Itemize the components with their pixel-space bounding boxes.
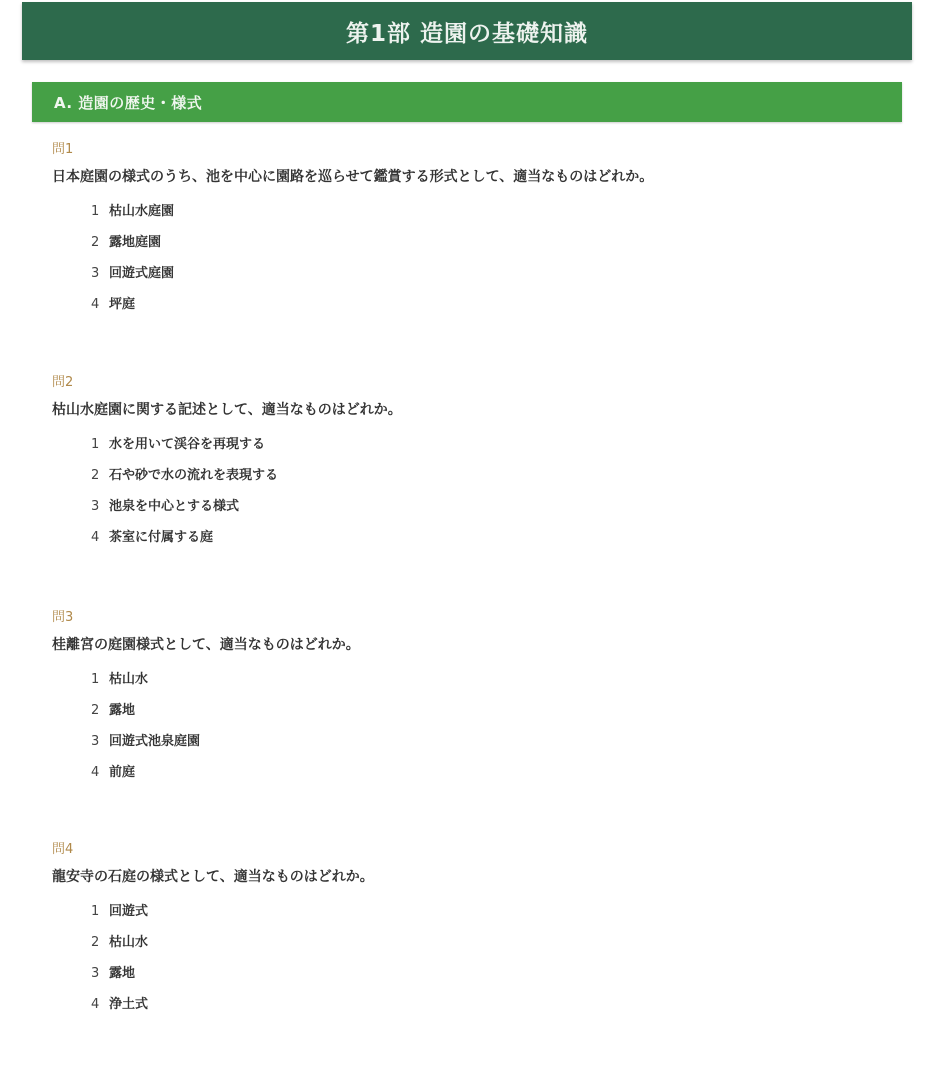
answer-option[interactable]: 4 浄土式 (91, 989, 902, 1020)
option-number: 1 (91, 429, 107, 460)
option-label: 露地庭園 (109, 227, 161, 258)
question-1: 問1 日本庭園の様式のうち、池を中心に園路を巡らせて鑑賞する形式として、適当なも… (52, 140, 902, 320)
option-label: 坪庭 (109, 289, 135, 320)
section-header-bar: A. 造園の歴史・様式 (32, 82, 902, 122)
answer-option[interactable]: 2 露地庭園 (91, 227, 902, 258)
option-number: 2 (91, 460, 107, 491)
answer-option[interactable]: 2 露地 (91, 695, 902, 726)
option-label: 水を用いて渓谷を再現する (109, 429, 265, 460)
answer-option[interactable]: 4 茶室に付属する庭 (91, 522, 902, 553)
option-label: 池泉を中心とする様式 (109, 491, 239, 522)
question-label: 問1 (52, 140, 902, 160)
question-text: 龍安寺の石庭の様式として、適当なものはどれか。 (52, 864, 902, 890)
option-label: 露地 (109, 695, 135, 726)
option-label: 回遊式池泉庭園 (109, 726, 200, 757)
option-number: 4 (91, 757, 107, 788)
option-label: 枯山水庭園 (109, 196, 174, 227)
option-number: 1 (91, 196, 107, 227)
question-2: 問2 枯山水庭園に関する記述として、適当なものはどれか。 1 水を用いて渓谷を再… (52, 373, 902, 553)
option-number: 4 (91, 289, 107, 320)
question-4: 問4 龍安寺の石庭の様式として、適当なものはどれか。 1 回遊式 2 枯山水 3… (52, 840, 902, 1020)
answer-option[interactable]: 1 水を用いて渓谷を再現する (91, 429, 902, 460)
option-label: 枯山水 (109, 664, 148, 695)
part-title: 第1部 造園の基礎知識 (346, 15, 588, 48)
option-label: 回遊式 (109, 896, 148, 927)
question-label: 問2 (52, 373, 902, 393)
option-label: 浄土式 (109, 989, 148, 1020)
option-label: 回遊式庭園 (109, 258, 174, 289)
section-title: A. 造園の歴史・様式 (54, 92, 202, 113)
answer-options: 1 回遊式 2 枯山水 3 露地 4 浄土式 (52, 896, 902, 1020)
answer-options: 1 水を用いて渓谷を再現する 2 石や砂で水の流れを表現する 3 池泉を中心とす… (52, 429, 902, 553)
option-number: 1 (91, 896, 107, 927)
option-number: 3 (91, 491, 107, 522)
option-number: 2 (91, 695, 107, 726)
answer-option[interactable]: 4 前庭 (91, 757, 902, 788)
question-text: 日本庭園の様式のうち、池を中心に園路を巡らせて鑑賞する形式として、適当なものはど… (52, 164, 902, 190)
option-number: 3 (91, 258, 107, 289)
option-number: 4 (91, 989, 107, 1020)
question-label: 問4 (52, 840, 902, 860)
answer-option[interactable]: 4 坪庭 (91, 289, 902, 320)
option-label: 前庭 (109, 757, 135, 788)
option-label: 露地 (109, 958, 135, 989)
question-text: 桂離宮の庭園様式として、適当なものはどれか。 (52, 632, 902, 658)
option-number: 4 (91, 522, 107, 553)
part-title-bar: 第1部 造園の基礎知識 (22, 2, 912, 60)
question-text: 枯山水庭園に関する記述として、適当なものはどれか。 (52, 397, 902, 423)
answer-option[interactable]: 2 石や砂で水の流れを表現する (91, 460, 902, 491)
option-label: 石や砂で水の流れを表現する (109, 460, 278, 491)
answer-options: 1 枯山水庭園 2 露地庭園 3 回遊式庭園 4 坪庭 (52, 196, 902, 320)
answer-options: 1 枯山水 2 露地 3 回遊式池泉庭園 4 前庭 (52, 664, 902, 788)
answer-option[interactable]: 1 回遊式 (91, 896, 902, 927)
answer-option[interactable]: 3 回遊式池泉庭園 (91, 726, 902, 757)
option-label: 茶室に付属する庭 (109, 522, 213, 553)
option-number: 2 (91, 927, 107, 958)
answer-option[interactable]: 3 回遊式庭園 (91, 258, 902, 289)
option-number: 3 (91, 958, 107, 989)
answer-option[interactable]: 3 池泉を中心とする様式 (91, 491, 902, 522)
option-number: 3 (91, 726, 107, 757)
option-number: 1 (91, 664, 107, 695)
answer-option[interactable]: 1 枯山水庭園 (91, 196, 902, 227)
option-label: 枯山水 (109, 927, 148, 958)
option-number: 2 (91, 227, 107, 258)
question-3: 問3 桂離宮の庭園様式として、適当なものはどれか。 1 枯山水 2 露地 3 回… (52, 608, 902, 788)
answer-option[interactable]: 3 露地 (91, 958, 902, 989)
answer-option[interactable]: 1 枯山水 (91, 664, 902, 695)
question-label: 問3 (52, 608, 902, 628)
answer-option[interactable]: 2 枯山水 (91, 927, 902, 958)
